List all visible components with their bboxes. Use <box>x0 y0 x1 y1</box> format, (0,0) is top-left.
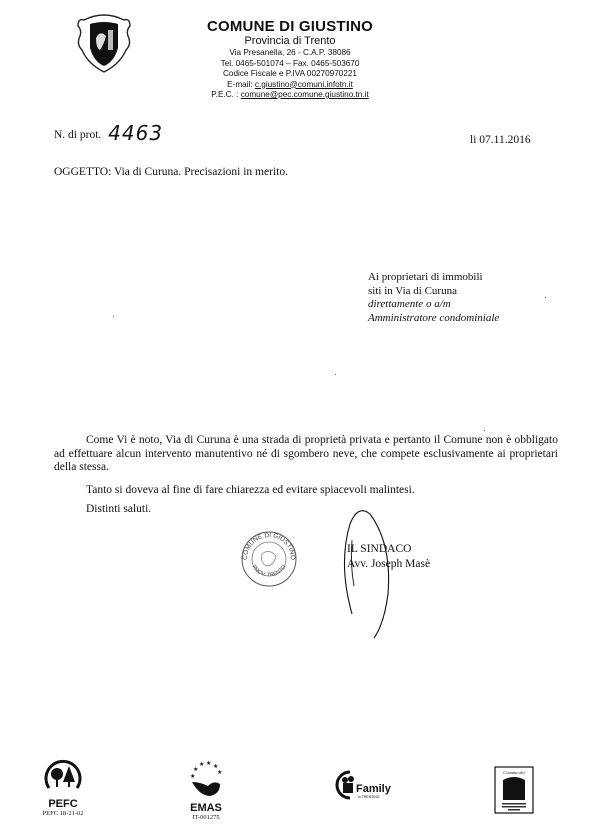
family-trentino-logo: Family in TRENTINO <box>334 770 394 805</box>
tax-code: Codice Fiscale e P.IVA 00270970221 <box>190 69 390 80</box>
park-bear-icon: Comune dei <box>494 766 534 814</box>
pec-label: P.E.C. : <box>211 90 238 99</box>
svg-text:★: ★ <box>193 766 198 773</box>
signatory-name: Avv. Joseph Masè <box>347 557 430 572</box>
body-paragraph-1: Come Vi è noto, Via di Curuna è una stra… <box>54 434 558 475</box>
letter-date: li 07.11.2016 <box>470 134 531 146</box>
scan-speck <box>335 374 336 375</box>
address: Via Presanella, 26 - C.A.P. 38086 <box>190 48 390 59</box>
emas-stars-icon: ★ ★ ★ ★ ★ ★ <box>188 760 224 798</box>
signatory-block: IL SINDACO Avv. Joseph Masè <box>347 542 430 571</box>
svg-text:★: ★ <box>190 773 195 780</box>
svg-text:in TRENTINO: in TRENTINO <box>358 795 380 799</box>
signatory-title: IL SINDACO <box>347 542 430 557</box>
svg-text:★: ★ <box>213 763 218 770</box>
emas-caption: EMAS <box>180 803 232 814</box>
subject-line: OGGETTO: Via di Curuna. Precisazioni in … <box>54 166 288 178</box>
svg-text:Comune dei: Comune dei <box>503 770 525 775</box>
recipient-line-1: Ai proprietari di immobili <box>368 271 499 285</box>
svg-text:COMUNE DI GIUSTINO: COMUNE DI GIUSTINO <box>242 532 296 560</box>
phone-fax: Tel. 0465-501074 – Fax. 0465-503670 <box>190 59 390 70</box>
park-community-logo: Comune dei <box>494 766 534 819</box>
recipient-line-4: Amministratore condominiale <box>368 312 499 326</box>
emas-logo: ★ ★ ★ ★ ★ ★ EMAS IT-001275 <box>180 760 232 821</box>
letter-body: Come Vi è noto, Via di Curuna è una stra… <box>54 434 558 475</box>
scan-speck <box>484 430 485 431</box>
protocol-number: N. di prot. 4463 <box>54 121 163 145</box>
recipient-block: Ai proprietari di immobili siti in Via d… <box>368 271 499 325</box>
email-link[interactable]: c.giustino@comuni.infotn.it <box>255 80 353 89</box>
province: Provincia di Trento <box>190 35 390 48</box>
svg-text:PROV. TRENTO: PROV. TRENTO <box>251 564 288 579</box>
coat-of-arms-icon <box>76 10 132 76</box>
letterhead: COMUNE DI GIUSTINO Provincia di Trento V… <box>190 18 390 101</box>
scan-speck <box>545 297 546 298</box>
municipality-name: COMUNE DI GIUSTINO <box>190 18 390 35</box>
official-stamp-icon: COMUNE DI GIUSTINO PROV. TRENTO <box>240 530 298 588</box>
email-label: E-mail: <box>227 80 252 89</box>
recipient-line-3: direttamente o a/m <box>368 298 499 312</box>
pefc-trees-icon <box>43 758 83 794</box>
pec-link[interactable]: comune@pec.comune.giustino.tn.it <box>241 90 369 99</box>
svg-text:★: ★ <box>206 760 211 767</box>
email-line: E-mail: c.giustino@comuni.infotn.it <box>190 80 390 91</box>
svg-text:★: ★ <box>217 769 222 776</box>
family-icon: Family in TRENTINO <box>334 770 394 800</box>
protocol-value: 4463 <box>108 121 163 145</box>
pefc-code: PEFC 18-21-02 <box>38 810 88 817</box>
body-paragraph-2: Tanto si doveva al fine di fare chiarezz… <box>86 484 415 496</box>
emas-code: IT-001275 <box>180 814 232 821</box>
handwritten-signature <box>336 504 396 640</box>
recipient-line-2: siti in Via di Curuna <box>368 285 499 299</box>
svg-text:★: ★ <box>199 761 204 768</box>
svg-text:Family: Family <box>356 783 392 795</box>
closing-salutation: Distinti saluti. <box>86 503 151 515</box>
pefc-logo: PEFC PEFC 18-21-02 <box>38 758 88 817</box>
protocol-label: N. di prot. <box>54 129 101 141</box>
scan-speck <box>113 316 114 317</box>
pec-line: P.E.C. : comune@pec.comune.giustino.tn.i… <box>190 90 390 101</box>
pefc-caption: PEFC <box>38 799 88 810</box>
